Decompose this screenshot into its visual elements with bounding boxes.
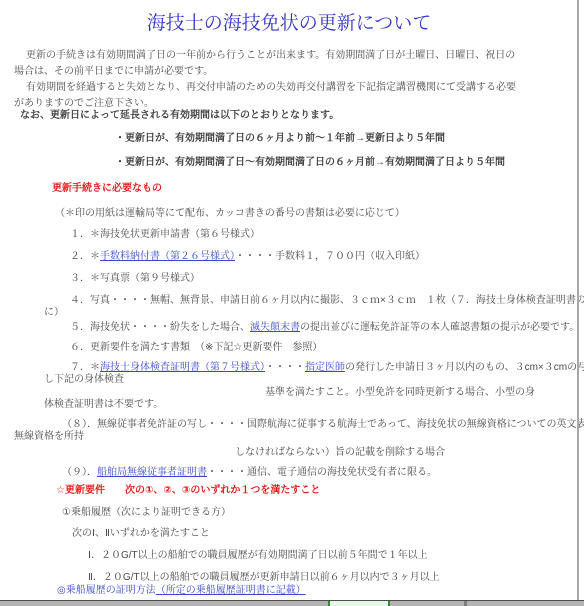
boarding-history-proof-line: ◎乗船履歴の証明方法（所定の乗船履歴証明書に記載） [57, 585, 306, 597]
doc-item-7-dots: ・・・・ [265, 362, 305, 373]
required-documents-note: （＊印の用紙は運輸局等にて配布、カッコ書きの番号の書類は必要に応じて） [55, 208, 405, 220]
doc-item-9-prefix: （９）． [62, 467, 97, 478]
doc-item-2-fee-payment: ２．＊手数料納付書（第２６号様式）・・・・手数料１，７００円（収入印紙） [70, 251, 425, 263]
doc-item-5-certificate: ５．海技免状・・・・紛失をした場合、滅失顛末書の提出並びに運転免許証等の本人確認… [70, 322, 579, 334]
designated-doctor-link[interactable]: 指定医師 [305, 362, 345, 373]
boarding-history-proof-link[interactable]: （所定の乗船履歴証明書に記載） [156, 585, 306, 596]
doc-item-7-suffix: の発行した申請日３ヶ月以内のもの、３cm×３cmの写真を貼付 [345, 362, 584, 373]
medical-certificate-form-link[interactable]: 海技士身体検査証明書（第７号様式） [100, 362, 265, 373]
required-documents-heading: 更新手続きに必要なもの [52, 183, 162, 195]
bottom-window-edge [0, 600, 584, 606]
doc-item-4-photo-line-1: ４．写真・・・・無帽、無背景、申請日前６ヶ月以内に撮影、３ｃｍ×３ｃｍ １枚（７… [70, 295, 584, 307]
renewal-requirements-heading: ☆更新要件 次の①、②、③のいずれか１つを満たすこと [56, 485, 320, 497]
boarding-history-proof-prefix: ◎乗船履歴の証明方法 [57, 585, 156, 596]
doc-item-7-medical-line-1: ７．＊海技士身体検査証明書（第７号様式）・・・・指定医師の発行した申請日３ヶ月以… [70, 362, 584, 374]
bottom-edge-green-segment [328, 601, 390, 606]
renewal-period-bullet-1: ・更新日が、有効期間満了日の６ヶ月より前～１年前→更新日より５年間 [115, 133, 445, 145]
doc-item-4-photo-line-2: に） [44, 307, 64, 319]
doc-item-7-medical-line-4: 体検査証明書は不要です。 [44, 399, 163, 411]
loss-report-link[interactable]: 滅失顛末書 [250, 322, 300, 333]
doc-item-8-radio-license-line-2: 無線資格を所持 [14, 431, 84, 443]
window-right-border [577, 0, 579, 600]
doc-item-3-photo-slip: ３．＊写真票（第９号様式） [70, 273, 200, 285]
doc-item-9-suffix: ・・・・通信、電子通信の海技免状受有者に限る。 [207, 467, 437, 478]
doc-item-1-application-form: １．＊海技免状更新申請書（第６号様式） [70, 229, 260, 241]
document-page: 海技士の海技免状の更新について 更新の手続きは有効期間満了日の一年前から行うこと… [0, 0, 584, 606]
renewal-period-bullet-2: ・更新日が、有効期間満了日～有効期間満了日の６ヶ月前→有効期間満了日より５年間 [115, 157, 505, 169]
requirement-condition-1: ①乗船履歴（次により証明できる方） [62, 507, 231, 519]
doc-item-6-requirement-docs: ６．更新要件を満たす書類 （※下記☆更新要件 参照） [70, 342, 322, 354]
doc-item-7-medical-line-3: 基準を満たすこと。小型免許を同時更新する場合、小型の身 [265, 387, 535, 399]
requirement-condition-1-ii: Ⅱ．２０G/T以上の船舶での職員履歴が更新申請日以前６ヶ月以内で３ヶ月以上 [88, 572, 440, 584]
intro-paragraph-line-1: 更新の手続きは有効期間満了日の一年前から行うことが出来ます。有効期間満了日が土曜… [26, 50, 515, 62]
doc-item-2-suffix: ・・・・手数料１，７００円（収入印紙） [235, 251, 425, 262]
intro-note: なお、更新日によって延長される有効期間は以下のとおりとなります。 [20, 110, 339, 122]
doc-item-9-ship-radio-cert: （９）．船舶局無線従事者証明書・・・・通信、電子通信の海技免状受有者に限る。 [62, 467, 437, 479]
doc-item-2-prefix: ２．＊ [70, 251, 100, 262]
intro-paragraph-line-2: 場合は、その前平日までに申請が必要です。 [14, 66, 213, 78]
intro-paragraph-line-3: 有効期間を経過すると失効となり、再交付申請のための失効再交付講習を下記指定講習機… [26, 82, 516, 94]
requirement-condition-1-note: 次のⅠ、Ⅱいずれかを満たすこと [72, 528, 210, 540]
doc-item-7-medical-line-2: し下記の身体検査 [44, 374, 124, 386]
doc-item-7-prefix: ７．＊ [70, 362, 100, 373]
page-title: 海技士の海技免状の更新について [0, 8, 578, 35]
requirement-condition-1-i: Ⅰ．２０G/T以上の船舶での職員履歴が有効期間満了日以前５年間で１年以上 [88, 550, 428, 562]
intro-paragraph-line-4: がありますのでご注意下さい。 [14, 98, 154, 110]
doc-item-8-radio-license-line-3: しなければならない）旨の記載を削除する場合 [235, 447, 445, 459]
fee-payment-form-link[interactable]: 手数料納付書（第２６号様式） [100, 251, 235, 262]
doc-item-8-radio-license-line-1: （８）．無線従事者免許証の写し・・・・国際航海に従事する航海士であって、海技免状… [62, 419, 584, 431]
ship-station-operator-cert-link[interactable]: 船舶局無線従事者証明書 [97, 467, 207, 478]
bottom-edge-divider [464, 601, 467, 606]
doc-item-5-prefix: ５．海技免状・・・・紛失をした場合、 [70, 322, 250, 333]
doc-item-5-suffix: の提出並びに運転免許証等の本人確認書類の提示が必要です。 [300, 322, 579, 333]
